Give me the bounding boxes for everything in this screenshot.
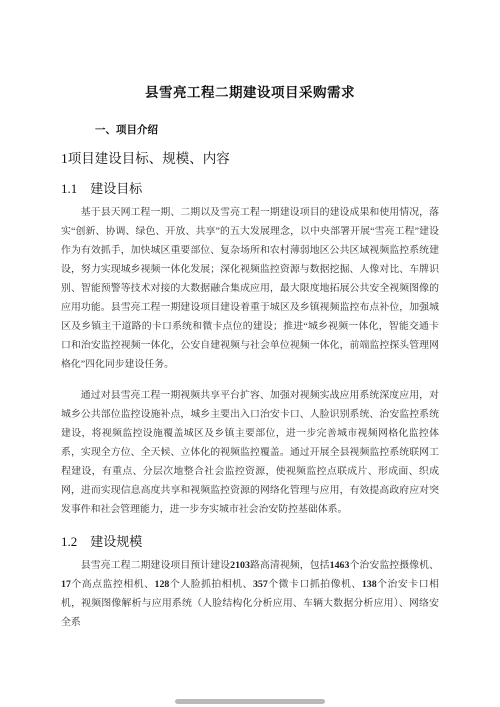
scale-number-face-capture-cameras: 128 xyxy=(155,579,170,590)
scale-text-segment: 个人脸抓拍相机、 xyxy=(169,579,253,590)
scale-number-micro-checkpoint-cameras: 357 xyxy=(253,579,268,590)
document-page: 县雪亮工程二期建设项目采购需求 一、项目介绍 1项目建设目标、规模、内容 1.1… xyxy=(0,0,500,707)
scale-number-surveillance-cameras: 1463 xyxy=(330,560,350,571)
scale-text-segment: 路高清视频，包括 xyxy=(250,560,330,571)
subsection-scale-heading: 1.2 建设规模 xyxy=(61,534,439,550)
scale-number-checkpoint-cameras: 138 xyxy=(362,579,377,590)
paragraph-goal-1: 基于县天网工程一期、二期以及雪亮工程一期建设项目的建设成果和使用情况，落实“创新… xyxy=(61,203,439,374)
paragraph-scale: 县雪亮工程二期建设项目预计建设2103路高清视频，包括1463个治安监控摄像机、… xyxy=(61,556,439,632)
bottom-indicator-bar xyxy=(175,699,325,704)
scale-text-segment: 个微卡口抓拍像机、 xyxy=(268,579,362,590)
document-title: 县雪亮工程二期建设项目采购需求 xyxy=(61,83,439,103)
section-intro-heading: 一、项目介绍 xyxy=(61,124,439,136)
scale-number-highpoint-cameras: 17 xyxy=(61,579,71,590)
scale-text-segment: 个高点监控相机、 xyxy=(71,579,155,590)
paragraph-goal-2: 通过对县雪亮工程一期视频共享平台扩容、加强对视频实战应用系统深度应用，对城乡公共… xyxy=(61,386,439,519)
scale-number-total-channels: 2103 xyxy=(230,560,250,571)
scale-text-segment: 县雪亮工程二期建设项目预计建设 xyxy=(81,560,230,571)
chapter-heading: 1项目建设目标、规模、内容 xyxy=(61,150,439,167)
scale-text-segment: 个治安监控摄像机、 xyxy=(349,560,439,571)
subsection-goal-heading: 1.1 建设目标 xyxy=(61,181,439,197)
